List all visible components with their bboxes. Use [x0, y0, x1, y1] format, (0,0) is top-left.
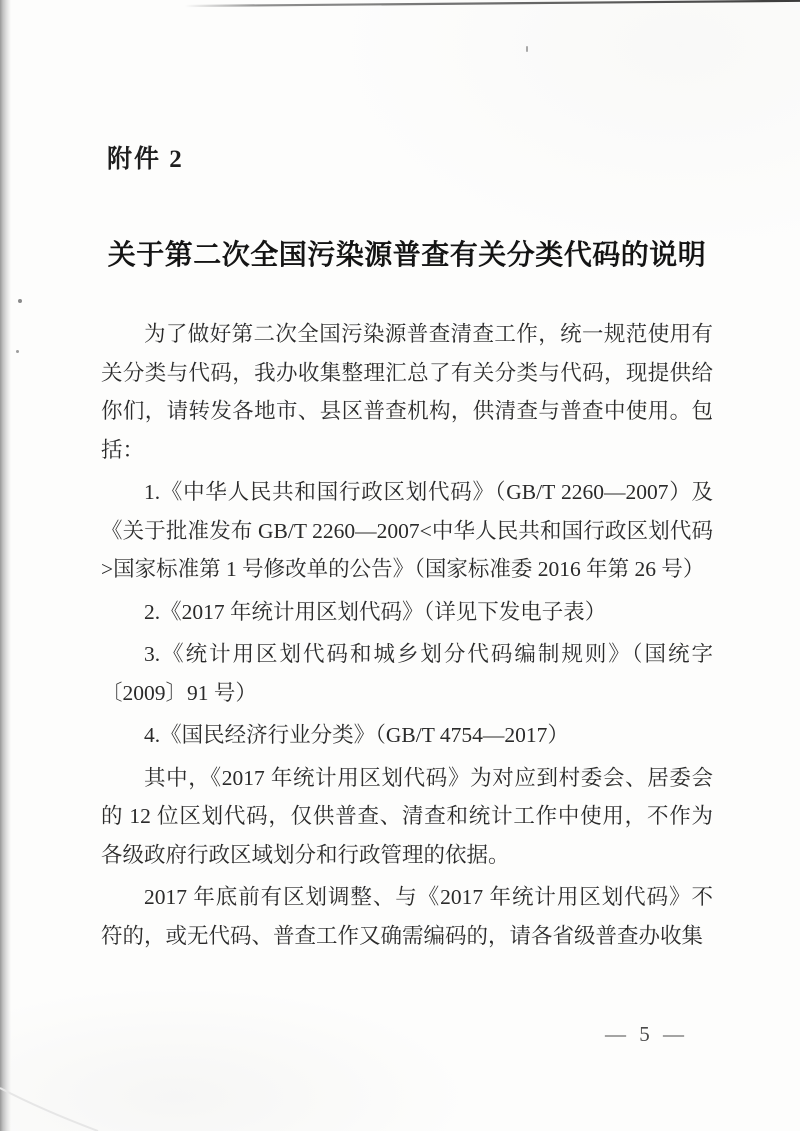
page-number: — 5 —: [605, 1022, 688, 1047]
paragraph-item-4: 4.《国民经济行业分类》（GB/T 4754—2017）: [101, 716, 713, 755]
document-body: 为了做好第二次全国污染源普查清查工作，统一规范使用有关分类与代码，我办收集整理汇…: [101, 315, 713, 959]
paragraph-intro: 为了做好第二次全国污染源普查清查工作，统一规范使用有关分类与代码，我办收集整理汇…: [101, 315, 713, 469]
document-title: 关于第二次全国污染源普查有关分类代码的说明: [101, 233, 713, 273]
paragraph-item-3: 3.《统计用区划代码和城乡划分代码编制规则》（国统字〔2009〕91 号）: [101, 635, 713, 712]
paragraph-closing-note: 2017 年底前有区划调整、与《2017 年统计用区划代码》不符的，或无代码、普…: [101, 878, 713, 955]
scan-left-edge-strip: [0, 0, 11, 1131]
dust-speck: [16, 350, 19, 353]
dust-speck: [526, 46, 528, 52]
scanned-document-page: 附件 2 关于第二次全国污染源普查有关分类代码的说明 为了做好第二次全国污染源普…: [0, 0, 800, 1131]
paragraph-usage-note: 其中，《2017 年统计用区划代码》为对应到村委会、居委会的 12 位区划代码，…: [101, 759, 713, 875]
attachment-label: 附件 2: [107, 139, 184, 175]
paragraph-item-2: 2.《2017 年统计用区划代码》（详见下发电子表）: [101, 593, 713, 632]
scan-top-edge-line: [0, 0, 800, 12]
dust-speck: [18, 299, 22, 303]
paragraph-item-1: 1.《中华人民共和国行政区划代码》（GB/T 2260—2007）及《关于批准发…: [101, 473, 713, 589]
